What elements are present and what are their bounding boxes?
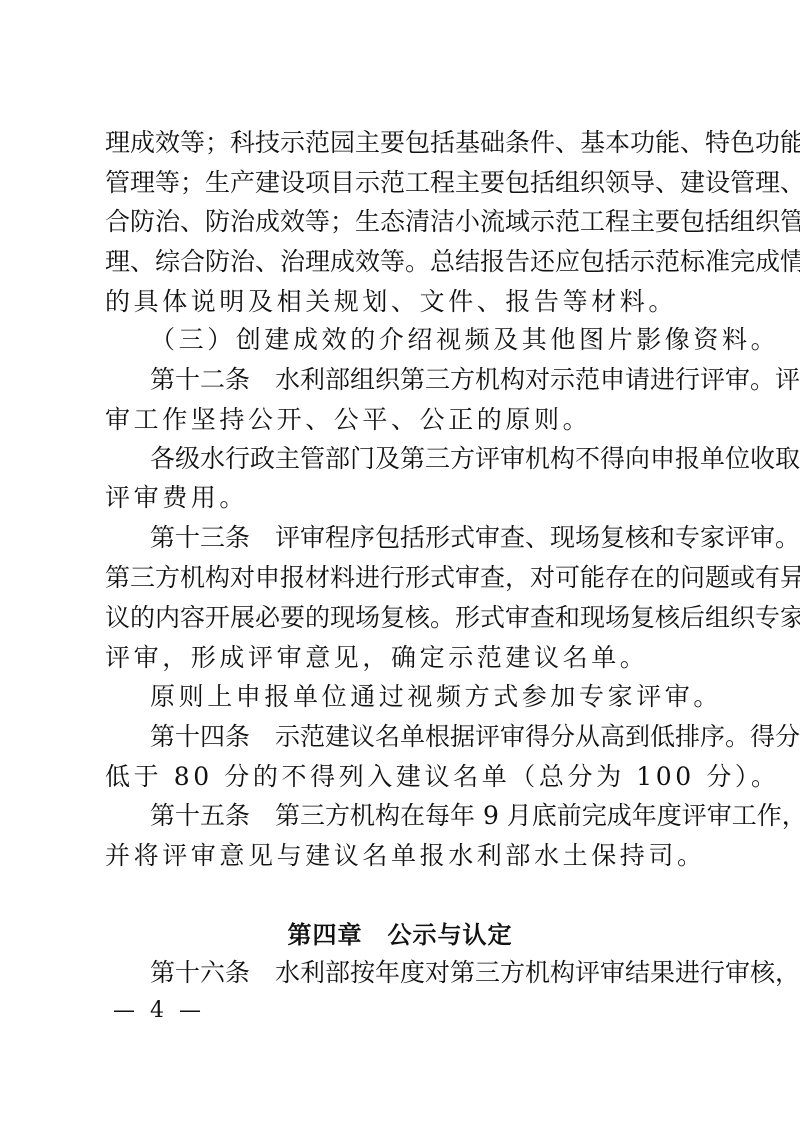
text-line: 评审费用。 xyxy=(105,478,697,518)
text-line: 原则上申报单位通过视频方式参加专家评审。 xyxy=(150,677,697,717)
text-line: 第十三条 评审程序包括形式审查、现场复核和专家评审。 xyxy=(150,518,697,558)
text-line: 低于 80 分的不得列入建议名单（总分为 100 分）。 xyxy=(105,757,697,797)
text-line: 评审，形成评审意见，确定示范建议名单。 xyxy=(105,638,697,678)
page-number: — 4 — xyxy=(113,996,205,1026)
text-line: （三）创建成效的介绍视频及其他图片影像资料。 xyxy=(150,320,697,360)
text-line: 合防治、防治成效等；生态清洁小流域示范工程主要包括组织管 xyxy=(105,202,697,242)
document-page: 理成效等；科技示范园主要包括基础条件、基本功能、特色功能和管理等；生产建设项目示… xyxy=(0,0,800,1136)
text-line: 第三方机构对申报材料进行形式审查，对可能存在的问题或有异 xyxy=(105,558,697,598)
text-line: 理成效等；科技示范园主要包括基础条件、基本功能、特色功能和 xyxy=(105,123,697,163)
text-line: 理、综合防治、治理成效等。总结报告还应包括示范标准完成情况 xyxy=(105,242,697,282)
text-line: 第十四条 示范建议名单根据评审得分从高到低排序。得分 xyxy=(150,717,697,757)
text-line: 第十五条 第三方机构在每年 9 月底前完成年度评审工作， xyxy=(150,796,697,836)
text-line: 第十六条 水利部按年度对第三方机构评审结果进行审核， xyxy=(150,953,697,993)
text-line: 并将评审意见与建议名单报水利部水土保持司。 xyxy=(105,836,697,876)
text-line: 的具体说明及相关规划、文件、报告等材料。 xyxy=(105,282,697,322)
text-line: 各级水行政主管部门及第三方评审机构不得向申报单位收取 xyxy=(150,439,697,479)
text-line: 议的内容开展必要的现场复核。形式审查和现场复核后组织专家 xyxy=(105,598,697,638)
text-line: 管理等；生产建设项目示范工程主要包括组织领导、建设管理、综 xyxy=(105,163,697,203)
text-line: 第十二条 水利部组织第三方机构对示范申请进行评审。评 xyxy=(150,360,697,400)
text-line: 审工作坚持公开、公平、公正的原则。 xyxy=(105,400,697,440)
chapter-heading: 第四章 公示与认定 xyxy=(0,915,800,955)
